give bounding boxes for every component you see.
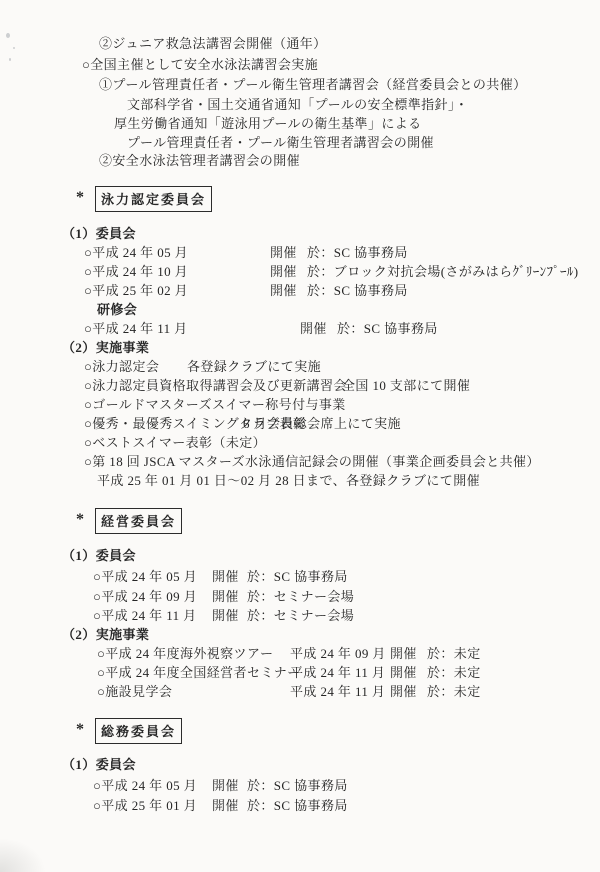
intro-line: ①プール管理責任者・プール衛生管理者講習会（経営委員会との共催） [99, 77, 527, 93]
meeting-place: 於：セミナー会場 [247, 608, 354, 624]
project-name: ○泳力認定員資格取得講習会及び更新講習会 [84, 378, 347, 394]
meeting-date: ○平成 24 年 11 月 [93, 608, 197, 624]
project-name: ○施設見学会 [97, 684, 172, 700]
subheading-committee: （1）委員会 [62, 548, 136, 564]
project-name: ○泳力認定会 [84, 359, 159, 375]
intro-line: プール管理責任者・プール衛生管理者講習会の開催 [127, 135, 434, 151]
meeting-date: ○平成 24 年 05 月 [93, 569, 197, 585]
scan-shadow [0, 838, 46, 872]
meeting-held-label: 開催 [212, 608, 239, 624]
meeting-held-label: 開催 [212, 798, 239, 814]
section-title-management: 経営委員会 [95, 508, 182, 534]
project-detail: 全国 10 支部にて開催 [342, 378, 470, 394]
project-name: 平成 25 年 01 月 01 日～02 月 28 日まで、各登録クラブにて開催 [97, 473, 480, 489]
asterisk-marker: * [76, 721, 84, 739]
subheading-committee: （1）委員会 [62, 226, 136, 242]
section-title-general-affairs: 総務委員会 [95, 718, 182, 744]
project-detail: 各登録クラブにて実施 [187, 359, 321, 375]
project-name: ○第 18 回 JSCA マスターズ水泳通信記録会の開催（事業企画委員会と共催） [84, 454, 540, 470]
project-name: ○平成 24 年度海外視察ツアー [97, 646, 273, 662]
section-title-swim-certification: 泳力認定委員会 [95, 186, 212, 212]
project-date: 平成 24 年 09 月 [290, 646, 386, 662]
meeting-held-label: 開催 [212, 778, 239, 794]
meeting-date: ○平成 24 年 09 月 [93, 589, 197, 605]
meeting-place: 於：SC 協事務局 [247, 778, 348, 794]
meeting-held-label: 開催 [270, 245, 297, 261]
meeting-place: 於：未定 [427, 665, 481, 681]
meeting-place: 於：SC 協事務局 [307, 245, 408, 261]
meeting-held-label: 開催 [390, 684, 417, 700]
project-name: ○ベストスイマー表彰（未定） [84, 435, 266, 451]
project-name: ○平成 24 年度全国経営者セミナー [97, 665, 301, 681]
intro-line: ②安全水泳法管理者講習会の開催 [99, 153, 300, 169]
intro-line: ○全国主催として安全水泳法講習会実施 [82, 57, 318, 73]
meeting-date: ○平成 25 年 02 月 [84, 283, 188, 299]
meeting-date: ○平成 24 年 05 月 [93, 778, 197, 794]
subheading-projects: （2）実施事業 [62, 627, 149, 643]
meeting-held-label: 開催 [390, 665, 417, 681]
scan-speck [6, 33, 10, 38]
scan-speck [13, 47, 15, 49]
project-date: 平成 24 年 11 月 [290, 684, 385, 700]
meeting-held-label: 開催 [270, 264, 297, 280]
asterisk-marker: * [76, 511, 84, 529]
meeting-date: ○平成 24 年 05 月 [84, 245, 188, 261]
subheading-training: 研修会 [97, 302, 137, 318]
asterisk-marker: * [76, 189, 84, 207]
meeting-held-label: 開催 [390, 646, 417, 662]
meeting-place: 於：ブロック対抗会場(さがみはらｸﾞﾘｰﾝﾌﾟｰﾙ) [307, 264, 579, 280]
meeting-date: ○平成 24 年 10 月 [84, 264, 188, 280]
meeting-held-label: 開催 [270, 283, 297, 299]
meeting-place: 於：SC 協事務局 [307, 283, 408, 299]
meeting-held-label: 開催 [212, 569, 239, 585]
intro-line: ②ジュニア救急法講習会開催（通年） [99, 36, 327, 52]
subheading-projects: （2）実施事業 [62, 340, 149, 356]
project-name: ○ゴールドマスターズスイマー称号付与事業 [84, 397, 346, 413]
meeting-date: ○平成 24 年 11 月 [84, 321, 188, 337]
project-date: 平成 24 年 11 月 [290, 665, 385, 681]
meeting-place: 於：セミナー会場 [247, 589, 354, 605]
meeting-place: 於：SC 協事務局 [247, 798, 348, 814]
intro-line: 文部科学省・国土交通省通知「プールの安全標準指針」・ [127, 97, 468, 113]
scanned-document-page: ②ジュニア救急法講習会開催（通年） ○全国主催として安全水泳法講習会実施 ①プー… [0, 0, 600, 872]
meeting-place: 於：未定 [427, 646, 481, 662]
meeting-held-label: 開催 [212, 589, 239, 605]
subheading-committee: （1）委員会 [62, 757, 136, 773]
meeting-place: 於：未定 [427, 684, 481, 700]
meeting-place: 於：SC 協事務局 [247, 569, 348, 585]
intro-line: 厚生労働省通知「遊泳用プールの衛生基準」による [114, 116, 422, 132]
scan-speck [9, 58, 11, 61]
meeting-date: ○平成 25 年 01 月 [93, 798, 197, 814]
project-detail: 6 月会員総会席上にて実施 [243, 416, 401, 432]
meeting-held-label: 開催 [300, 321, 327, 337]
meeting-place: 於：SC 協事務局 [337, 321, 438, 337]
